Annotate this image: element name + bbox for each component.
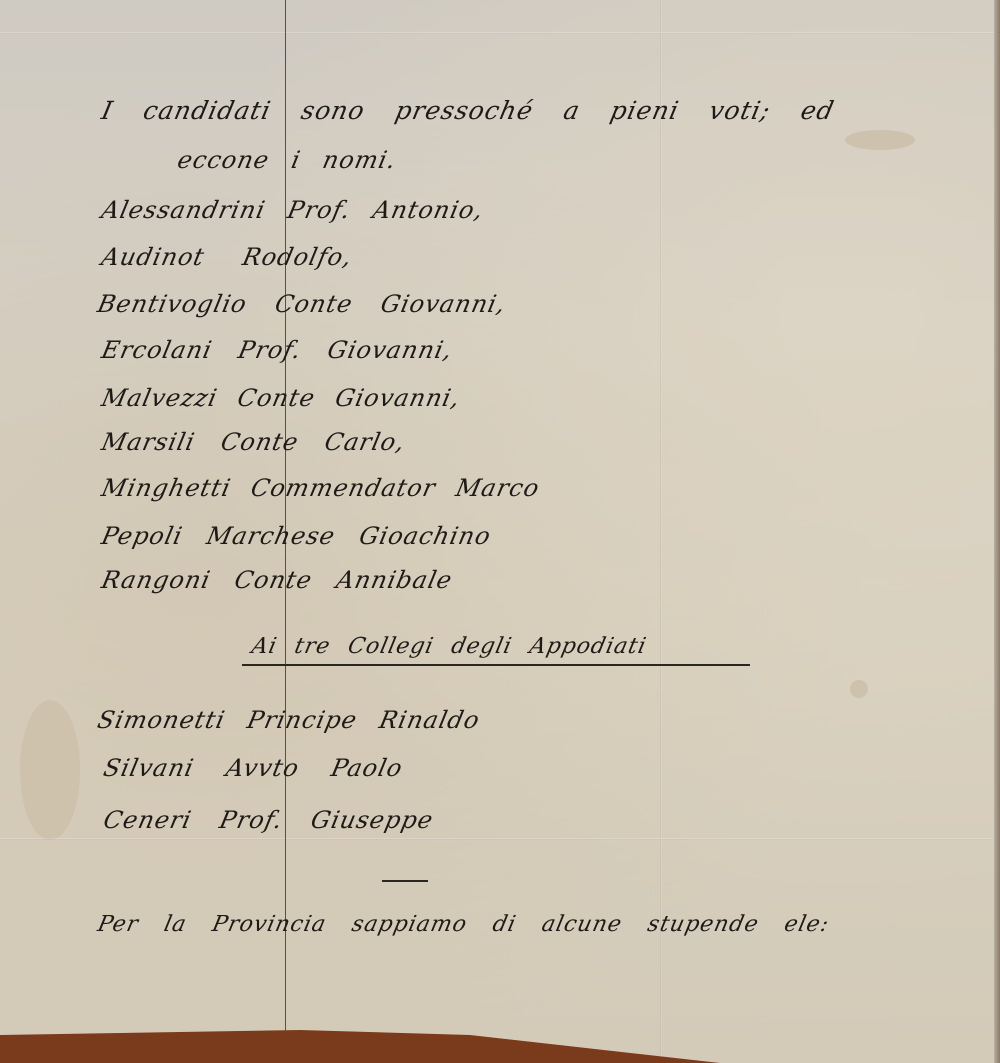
candidate-entry: Malvezzi Conte Giovanni, — [99, 384, 463, 412]
appodiati-candidate-entry: Silvani Avvto Paolo — [101, 754, 406, 782]
appodiati-candidate-entry: Ceneri Prof. Giuseppe — [101, 806, 436, 834]
candidate-entry: Alessandrini Prof. Antonio, — [99, 196, 486, 224]
closing-line: Per la Provincia sappiamo di alcune stup… — [95, 912, 831, 937]
heading-underline — [242, 664, 750, 666]
paper-stain — [20, 700, 80, 840]
section-heading: Ai tre Collegi degli Appodiati — [249, 634, 649, 659]
candidate-entry: Ercolani Prof. Giovanni, — [99, 336, 455, 364]
candidate-entry: Pepoli Marchese Gioachino — [99, 522, 494, 550]
separator-dash — [382, 880, 428, 882]
paper-stain — [845, 130, 915, 150]
paper-fold-horizontal-bottom — [0, 838, 994, 840]
letter-sheet: I candidati sono pressoché a pieni voti;… — [0, 0, 1000, 1063]
appodiati-candidate-entry: Simonetti Principe Rinaldo — [95, 706, 483, 734]
intro-line-1: I candidati sono pressoché a pieni voti;… — [99, 96, 837, 125]
candidate-entry: Audinot Rodolfo, — [99, 243, 355, 271]
paper-stain — [850, 680, 868, 698]
candidate-entry: Marsili Conte Carlo, — [99, 428, 408, 456]
paper-fold-horizontal-top — [0, 32, 994, 34]
candidate-entry: Minghetti Commendator Marco — [99, 474, 542, 502]
candidate-entry: Rangoni Conte Annibale — [99, 566, 455, 594]
candidate-entry: Bentivoglio Conte Giovanni, — [95, 290, 508, 318]
paper-fold-vertical — [660, 0, 662, 1063]
intro-line-2: eccone i nomi. — [175, 146, 399, 174]
paper-right-edge — [994, 0, 1000, 1063]
